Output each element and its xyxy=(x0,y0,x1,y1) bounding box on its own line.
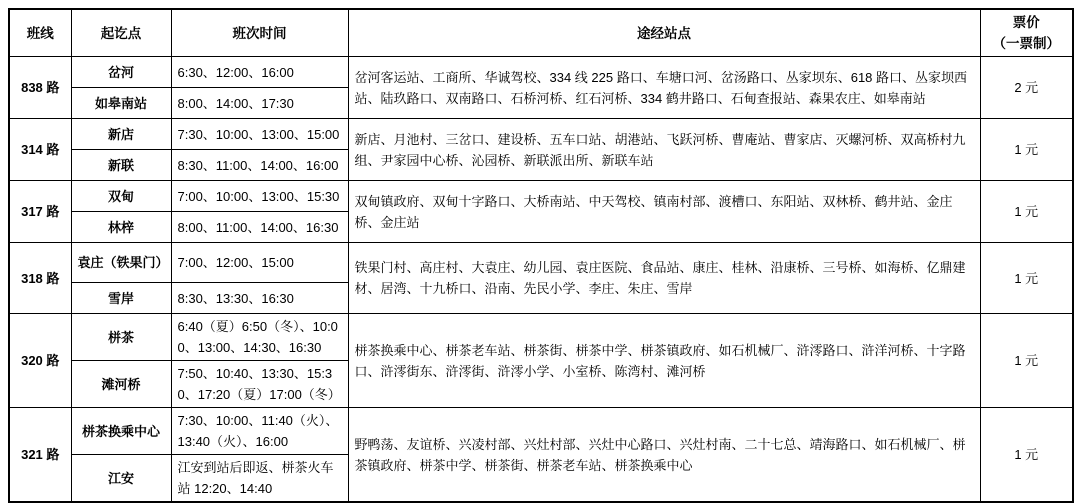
route-cell: 317 路 xyxy=(9,181,71,243)
times-cell: 7:30、10:00、11:40（火）、13:40（火）、16:00 xyxy=(171,408,348,455)
endpoint-cell: 滩河桥 xyxy=(71,361,171,408)
times-cell: 6:40（夏）6:50（冬）、10:00、13:00、14:30、16:30 xyxy=(171,314,348,361)
fare-cell: 1 元 xyxy=(980,314,1073,408)
route-cell: 838 路 xyxy=(9,57,71,119)
header-endpoints: 起讫点 xyxy=(71,9,171,57)
endpoint-cell: 栟茶 xyxy=(71,314,171,361)
table-row: 318 路 袁庄（铁果门） 7:00、12:00、15:00 铁果门村、高庄村、… xyxy=(9,243,1073,283)
header-fare-line1: 票价 xyxy=(987,12,1067,33)
header-fare: 票价 （一票制） xyxy=(980,9,1073,57)
stations-cell: 双甸镇政府、双甸十字路口、大桥南站、中天驾校、镇南村部、渡槽口、东阳站、双林桥、… xyxy=(348,181,980,243)
route-cell: 320 路 xyxy=(9,314,71,408)
fare-cell: 1 元 xyxy=(980,243,1073,314)
route-cell: 318 路 xyxy=(9,243,71,314)
times-cell: 江安到站后即返、栟茶火车站 12:20、14:40 xyxy=(171,455,348,503)
endpoint-cell: 江安 xyxy=(71,455,171,503)
endpoint-cell: 新店 xyxy=(71,119,171,150)
table-row: 321 路 栟茶换乘中心 7:30、10:00、11:40（火）、13:40（火… xyxy=(9,408,1073,455)
endpoint-cell: 岔河 xyxy=(71,57,171,88)
endpoint-cell: 如皋南站 xyxy=(71,88,171,119)
route-cell: 321 路 xyxy=(9,408,71,503)
bus-timetable: 班线 起讫点 班次时间 途经站点 票价 （一票制） 838 路 岔河 6:30、… xyxy=(8,8,1074,503)
times-cell: 7:00、12:00、15:00 xyxy=(171,243,348,283)
endpoint-cell: 栟茶换乘中心 xyxy=(71,408,171,455)
times-cell: 7:00、10:00、13:00、15:30 xyxy=(171,181,348,212)
fare-cell: 2 元 xyxy=(980,57,1073,119)
times-cell: 8:30、11:00、14:00、16:00 xyxy=(171,150,348,181)
stations-cell: 野鸭荡、友谊桥、兴凌村部、兴灶村部、兴灶中心路口、兴灶村南、二十七总、靖海路口、… xyxy=(348,408,980,503)
table-row: 314 路 新店 7:30、10:00、13:00、15:00 新店、月池村、三… xyxy=(9,119,1073,150)
fare-cell: 1 元 xyxy=(980,181,1073,243)
stations-cell: 岔河客运站、工商所、华诚驾校、334 线 225 路口、车塘口河、岔汤路口、丛家… xyxy=(348,57,980,119)
endpoint-cell: 雪岸 xyxy=(71,283,171,314)
table-row: 317 路 双甸 7:00、10:00、13:00、15:30 双甸镇政府、双甸… xyxy=(9,181,1073,212)
header-stations: 途经站点 xyxy=(348,9,980,57)
stations-cell: 铁果门村、高庄村、大袁庄、幼儿园、袁庄医院、食品站、康庄、桂林、沿康桥、三号桥、… xyxy=(348,243,980,314)
endpoint-cell: 林梓 xyxy=(71,212,171,243)
fare-cell: 1 元 xyxy=(980,119,1073,181)
times-cell: 7:50、10:40、13:30、15:30、17:20（夏）17:00（冬） xyxy=(171,361,348,408)
route-cell: 314 路 xyxy=(9,119,71,181)
times-cell: 8:00、14:00、17:30 xyxy=(171,88,348,119)
times-cell: 6:30、12:00、16:00 xyxy=(171,57,348,88)
times-cell: 8:00、11:00、14:00、16:30 xyxy=(171,212,348,243)
times-cell: 8:30、13:30、16:30 xyxy=(171,283,348,314)
endpoint-cell: 双甸 xyxy=(71,181,171,212)
header-route: 班线 xyxy=(9,9,71,57)
times-cell: 7:30、10:00、13:00、15:00 xyxy=(171,119,348,150)
header-fare-line2: （一票制） xyxy=(987,33,1067,54)
endpoint-cell: 新联 xyxy=(71,150,171,181)
stations-cell: 新店、月池村、三岔口、建设桥、五车口站、胡港站、飞跃河桥、曹庵站、曹家店、灭螺河… xyxy=(348,119,980,181)
table-row: 320 路 栟茶 6:40（夏）6:50（冬）、10:00、13:00、14:3… xyxy=(9,314,1073,361)
table-header-row: 班线 起讫点 班次时间 途经站点 票价 （一票制） xyxy=(9,9,1073,57)
table-row: 838 路 岔河 6:30、12:00、16:00 岔河客运站、工商所、华诚驾校… xyxy=(9,57,1073,88)
stations-cell: 栟茶换乘中心、栟茶老车站、栟茶街、栟茶中学、栟茶镇政府、如石机械厂、浒澪路口、浒… xyxy=(348,314,980,408)
header-schedule: 班次时间 xyxy=(171,9,348,57)
fare-cell: 1 元 xyxy=(980,408,1073,503)
bus-timetable-page: 班线 起讫点 班次时间 途经站点 票价 （一票制） 838 路 岔河 6:30、… xyxy=(0,0,1080,482)
endpoint-cell: 袁庄（铁果门） xyxy=(71,243,171,283)
